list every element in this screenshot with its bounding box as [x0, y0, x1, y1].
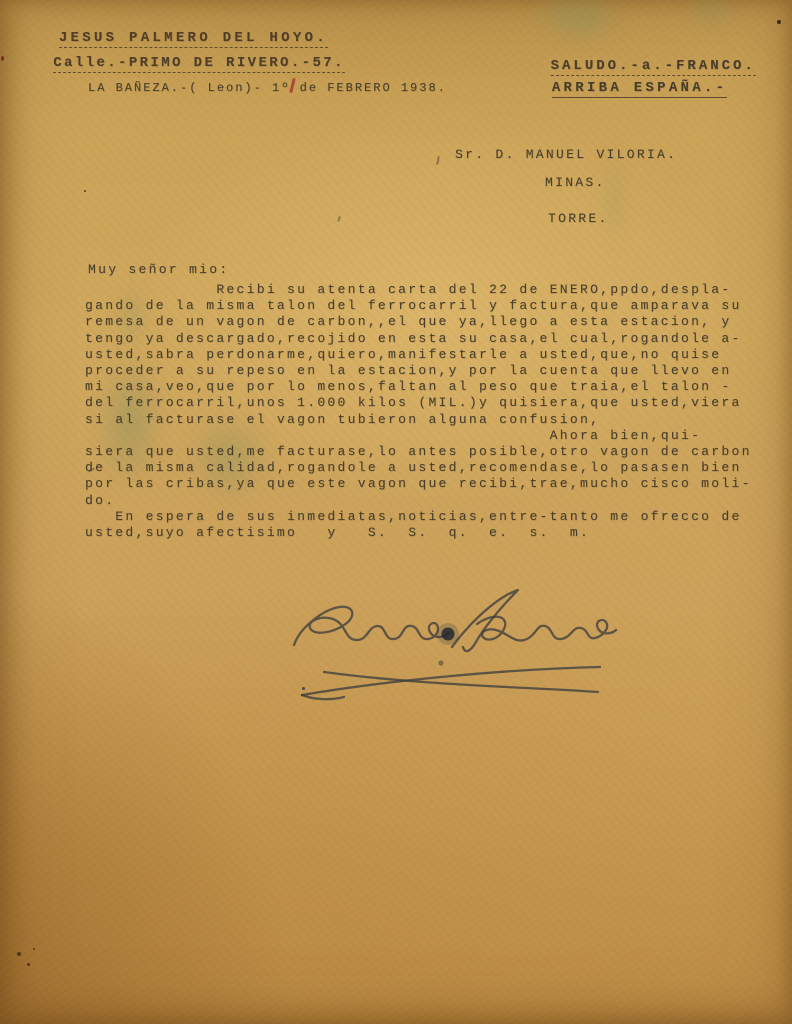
body-line: mi casa,veo,que por lo menos,faltan al p… — [85, 379, 752, 395]
body-line: Recibi su atenta carta del 22 de ENERO,p… — [85, 282, 752, 298]
body-line: por las cribas,ya que este vagon que rec… — [85, 476, 752, 492]
recipient-line3: TORRE. — [548, 211, 609, 226]
recipient-name: Sr. D. MANUEL VILORIA. — [455, 147, 677, 162]
body-line: si al facturase el vagon tubieron alguna… — [85, 412, 752, 428]
letterhead-address: Calle.-PRIMO DE RIVERO.-57. — [10, 39, 345, 87]
pencil-tick-mark-1 — [436, 156, 440, 165]
paper-speck-5 — [777, 20, 781, 24]
body-line: siera que usted,me facturase,lo antes po… — [85, 444, 752, 460]
body-line: gando de la misma talon del ferrocarril … — [85, 298, 752, 314]
letter-body: Recibi su atenta carta del 22 de ENERO,p… — [85, 282, 752, 541]
body-line: En espera de sus inmediatas,noticias,ent… — [85, 509, 752, 525]
paper-speck-2 — [27, 963, 30, 966]
body-line: Ahora bien,qui- — [85, 428, 752, 444]
paper-speck-1 — [17, 952, 21, 956]
recipient-line2: MINAS. — [545, 175, 606, 190]
ink-blot-large — [442, 628, 455, 641]
body-line: de la misma calidad,rogandole a usted,re… — [85, 460, 752, 476]
paper-speck-6 — [1, 56, 4, 61]
body-line: proceder a su repeso en la estacion,y po… — [85, 363, 752, 379]
signature-jesus-palmero — [280, 583, 625, 708]
signature-stroke-almero — [477, 617, 616, 641]
salute-arriba-text: ARRIBA ESPAÑA.- — [552, 80, 728, 98]
pencil-tick-mark-3 — [337, 216, 341, 222]
signature-flourish-upper — [302, 667, 600, 695]
signature-flourish-tail — [302, 695, 344, 699]
salutation: Muy señor mio: — [88, 262, 229, 278]
dateline: LA BAÑEZA.-( Leon)- 1º de FEBRERO 1938. — [88, 81, 447, 95]
paper-speck-7 — [84, 190, 86, 192]
letter-page: JESUS PALMERO DEL HOYO. Calle.-PRIMO DE … — [0, 0, 792, 1024]
body-line: usted,sabra perdonarme,quiero,manifestar… — [85, 347, 752, 363]
body-line: usted,suyo afectisimo y S. S. q. e. s. m… — [85, 525, 752, 541]
ink-blot-small — [438, 660, 443, 665]
body-line: tengo ya descargado,recojido en esta su … — [85, 331, 752, 347]
letterhead-address-text: Calle.-PRIMO DE RIVERO.-57. — [53, 55, 345, 73]
paper-speck-3 — [33, 948, 35, 950]
body-line: remesa de un vagon de carbon,,el que ya,… — [85, 314, 752, 330]
body-line: del ferrocarril,unos 1.000 kilos (MIL.)y… — [85, 395, 752, 411]
stain-top-right — [676, 0, 746, 40]
signature-stroke-jesus — [294, 607, 449, 645]
salute-arriba: ARRIBA ESPAÑA.- — [505, 64, 727, 112]
body-line: do. — [85, 493, 752, 509]
